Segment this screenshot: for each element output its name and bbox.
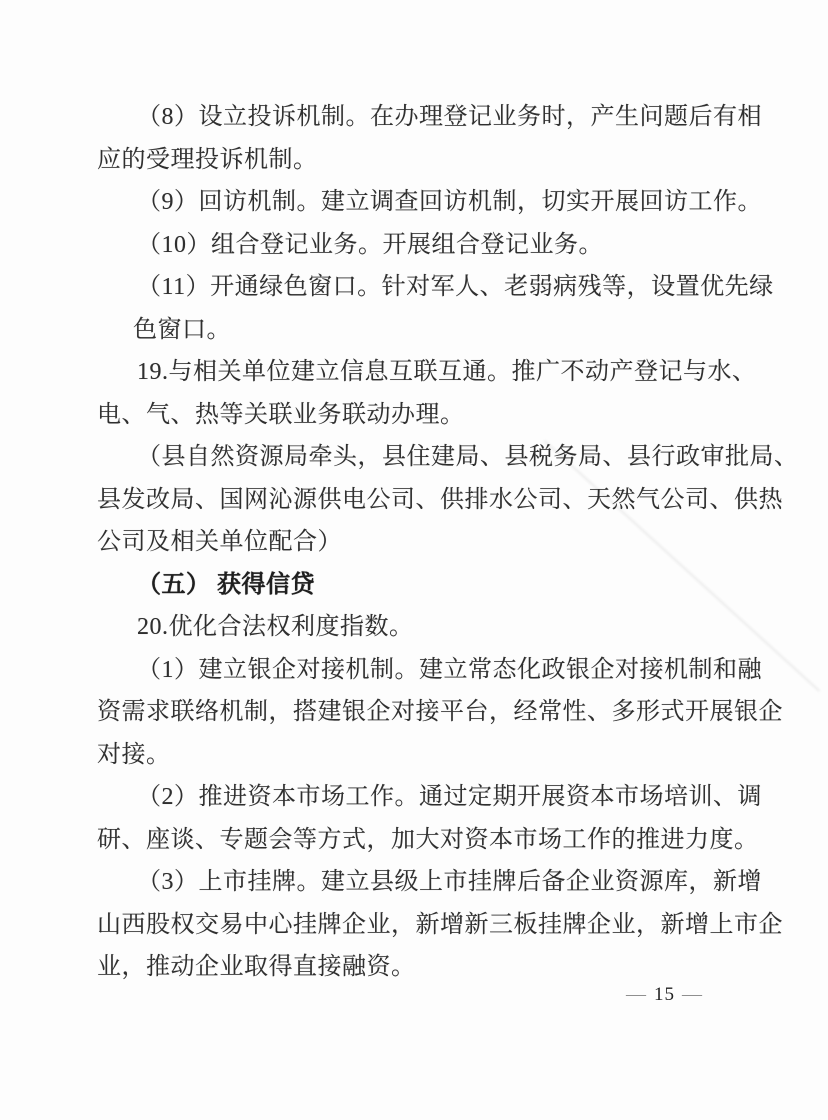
text-line: 电、气、热等关联业务联动办理。 bbox=[97, 394, 767, 437]
paragraph-responsible-units: （县自然资源局牵头，县住建局、县税务局、县行政审批局、 县发改局、国网沁源供电公… bbox=[97, 436, 767, 564]
text-line: 资需求联络机制，搭建银企对接平台，经常性、多形式开展银企 bbox=[97, 691, 767, 734]
text-line: 山西股权交易中心挂牌企业，新增新三板挂牌企业，新增上市企 bbox=[97, 904, 767, 947]
page-number-value: 15 bbox=[654, 984, 675, 1005]
section-5-heading: （五） 获得信贷 bbox=[97, 564, 767, 607]
paragraph-item-19: 19.与相关单位建立信息互联互通。推广不动产登记与水、 电、气、热等关联业务联动… bbox=[97, 351, 767, 436]
page-number-left-dash: — bbox=[619, 983, 654, 1005]
text-line: 色窗口。 bbox=[97, 309, 767, 352]
text-line: （10）组合登记业务。开展组合登记业务。 bbox=[97, 224, 767, 267]
paragraph-item-20-3: （3）上市挂牌。建立县级上市挂牌后备企业资源库，新增 山西股权交易中心挂牌企业，… bbox=[97, 861, 767, 989]
text-line: （11）开通绿色窗口。针对军人、老弱病残等，设置优先绿 bbox=[97, 266, 767, 309]
text-line: 应的受理投诉机制。 bbox=[97, 139, 767, 182]
text-line: （9）回访机制。建立调查回访机制，切实开展回访工作。 bbox=[97, 181, 767, 224]
document-page: （8）设立投诉机制。在办理登记业务时，产生问题后有相 应的受理投诉机制。 （9）… bbox=[0, 0, 828, 1120]
page-number: —15— bbox=[619, 980, 710, 1008]
paragraph-item-8: （8）设立投诉机制。在办理登记业务时，产生问题后有相 应的受理投诉机制。 bbox=[97, 96, 767, 181]
section-heading-text: （五） 获得信贷 bbox=[97, 564, 767, 607]
text-line: 20.优化合法权利度指数。 bbox=[97, 606, 767, 649]
paragraph-item-10: （10）组合登记业务。开展组合登记业务。 bbox=[97, 224, 767, 267]
paragraph-item-20: 20.优化合法权利度指数。 bbox=[97, 606, 767, 649]
text-line: （1）建立银企对接机制。建立常态化政银企对接机制和融 bbox=[97, 649, 767, 692]
text-line: （2）推进资本市场工作。通过定期开展资本市场培训、调 bbox=[97, 776, 767, 819]
document-body: （8）设立投诉机制。在办理登记业务时，产生问题后有相 应的受理投诉机制。 （9）… bbox=[97, 96, 767, 989]
text-line: （3）上市挂牌。建立县级上市挂牌后备企业资源库，新增 bbox=[97, 861, 767, 904]
paragraph-item-11: （11）开通绿色窗口。针对军人、老弱病残等，设置优先绿 色窗口。 bbox=[97, 266, 767, 351]
text-line: （8）设立投诉机制。在办理登记业务时，产生问题后有相 bbox=[97, 96, 767, 139]
text-line: 对接。 bbox=[97, 734, 767, 777]
paragraph-item-20-1: （1）建立银企对接机制。建立常态化政银企对接机制和融 资需求联络机制，搭建银企对… bbox=[97, 649, 767, 777]
text-line: 公司及相关单位配合） bbox=[97, 521, 767, 564]
text-line: 19.与相关单位建立信息互联互通。推广不动产登记与水、 bbox=[97, 351, 767, 394]
text-line: （县自然资源局牵头，县住建局、县税务局、县行政审批局、 bbox=[97, 436, 767, 479]
page-number-right-dash: — bbox=[675, 983, 710, 1005]
text-line: 研、座谈、专题会等方式，加大对资本市场工作的推进力度。 bbox=[97, 819, 767, 862]
paragraph-item-20-2: （2）推进资本市场工作。通过定期开展资本市场培训、调 研、座谈、专题会等方式，加… bbox=[97, 776, 767, 861]
paragraph-item-9: （9）回访机制。建立调查回访机制，切实开展回访工作。 bbox=[97, 181, 767, 224]
text-line: 县发改局、国网沁源供电公司、供排水公司、天然气公司、供热 bbox=[97, 479, 767, 522]
